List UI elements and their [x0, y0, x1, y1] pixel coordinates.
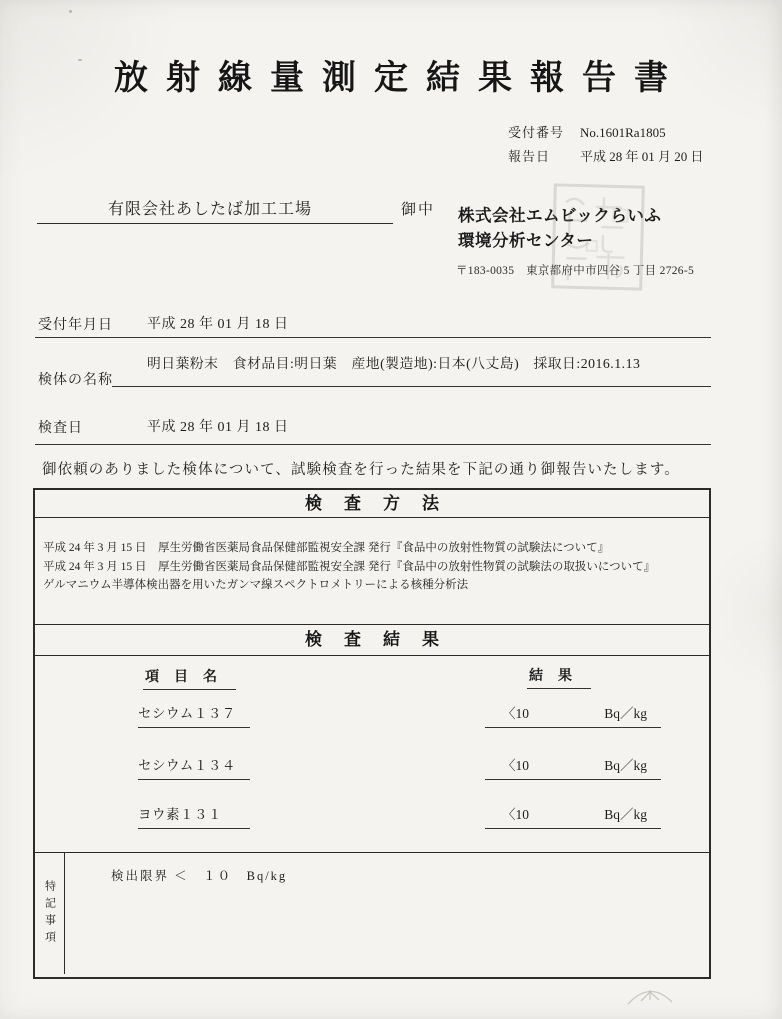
results-table: 項目名 結果 セシウム１３７ 〈10 Bq／kg セシウム１３４ 〈10 Bq／…	[35, 656, 709, 853]
scan-speck	[69, 10, 72, 13]
results-result-header: 結果	[527, 665, 591, 689]
accepted-date-label: 受付年月日	[38, 314, 113, 334]
special-notes-section: 特記事項 検出限界 ＜ １０ Bq/kg	[35, 853, 709, 974]
detection-limit-note: 検出限界 ＜ １０ Bq/kg	[65, 853, 709, 974]
method-line: 平成 24 年 3 月 15 日 厚生労働省医薬局食品保健部監視安全課 発行『食…	[43, 558, 705, 577]
result-unit: Bq／kg	[604, 754, 647, 774]
results-item-header: 項目名	[143, 666, 236, 690]
addressee-name: 有限会社あしたば加工工場	[108, 196, 312, 219]
sample-name-label: 検体の名称	[38, 369, 113, 389]
method-line: ゲルマニウム半導体検出器を用いたガンマ線スペクトロメトリーによる核種分析法	[43, 576, 705, 595]
sample-name-value: 明日葉粉末 食材品目:明日葉 産地(製造地):日本(八丈島) 採取日:2016.…	[147, 352, 640, 372]
addressee-underline	[37, 223, 393, 224]
receipt-number-row: 受付番号 No.1601Ra1805	[508, 121, 704, 145]
test-date-underline	[35, 444, 711, 445]
result-row-value: 〈10 Bq／kg	[485, 702, 661, 728]
special-notes-label: 特記事項	[42, 880, 58, 948]
report-page: 放射線量測定結果報告書 受付番号 No.1601Ra1805 報告日 平成 28…	[0, 0, 782, 1019]
result-row-item: セシウム１３７	[138, 702, 250, 728]
report-date-value: 平成 28 年 01 月 20 日	[580, 145, 704, 169]
special-notes-side: 特記事項	[35, 853, 65, 974]
method-body: 平成 24 年 3 月 15 日 厚生労働省医薬局食品保健部監視安全課 発行『食…	[35, 518, 709, 625]
scan-arc-mark-icon	[626, 984, 674, 1013]
page-title: 放射線量測定結果報告書	[0, 50, 782, 99]
test-date-label: 検査日	[38, 417, 83, 437]
receipt-number-label: 受付番号	[508, 121, 580, 145]
accepted-date-value: 平成 28 年 01 月 18 日	[147, 313, 289, 333]
result-value: 〈10	[485, 754, 529, 774]
report-statement: 御依頼のありました検体について、試験検査を行った結果を下記の通り御報告いたします…	[42, 458, 680, 479]
accepted-date-underline	[35, 337, 711, 338]
method-heading: 検査方法	[35, 490, 709, 518]
result-row-item: セシウム１３４	[138, 754, 250, 780]
company-seal-icon	[550, 182, 647, 292]
result-unit: Bq／kg	[604, 702, 647, 722]
results-heading: 検査結果	[35, 625, 709, 656]
result-value: 〈10	[485, 803, 529, 823]
addressee-honorific: 御中	[401, 198, 435, 219]
report-meta: 受付番号 No.1601Ra1805 報告日 平成 28 年 01 月 20 日	[508, 121, 704, 169]
result-row-value: 〈10 Bq／kg	[485, 803, 661, 829]
result-value: 〈10	[485, 702, 529, 722]
report-date-label: 報告日	[508, 145, 580, 169]
test-date-value: 平成 28 年 01 月 18 日	[147, 416, 289, 436]
result-unit: Bq／kg	[604, 803, 647, 823]
scan-speck	[78, 59, 82, 61]
report-date-row: 報告日 平成 28 年 01 月 20 日	[508, 145, 704, 169]
sample-name-underline	[112, 386, 711, 387]
result-row-item: ヨウ素１３１	[138, 803, 250, 829]
result-row-value: 〈10 Bq／kg	[485, 754, 661, 780]
method-line: 平成 24 年 3 月 15 日 厚生労働省医薬局食品保健部監視安全課 発行『食…	[43, 539, 705, 558]
receipt-number-value: No.1601Ra1805	[580, 121, 666, 145]
inspection-box: 検査方法 平成 24 年 3 月 15 日 厚生労働省医薬局食品保健部監視安全課…	[33, 488, 711, 979]
